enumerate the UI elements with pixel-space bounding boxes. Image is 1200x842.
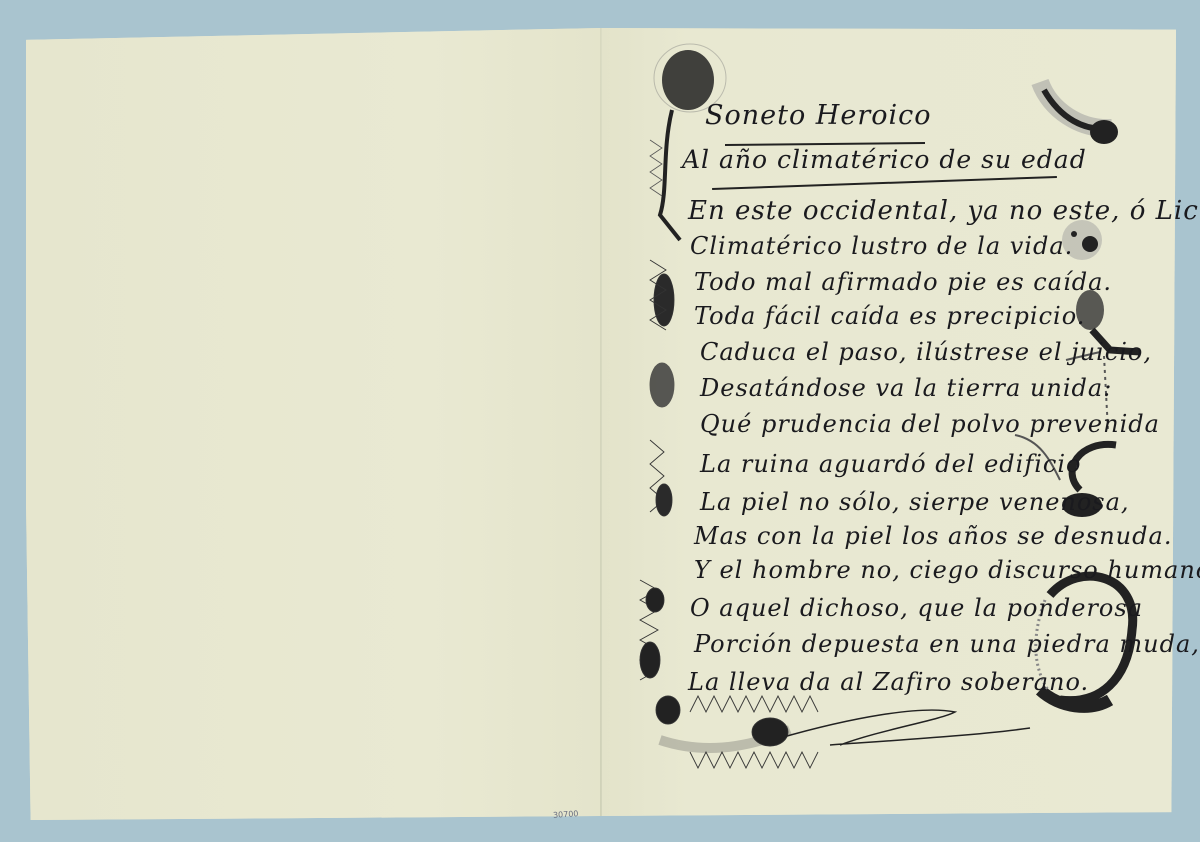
- verse-line: Climatérico lustro de la vida.: [690, 232, 1073, 260]
- verse-line: La lleva da al Zafiro soberano.: [688, 668, 1089, 696]
- verse-line: Toda fácil caída es precipicio.: [694, 302, 1085, 330]
- verse-line: Mas con la piel los años se desnuda.: [694, 522, 1172, 550]
- verse-line: Y el hombre no, ciego discurso humano.: [694, 556, 1200, 584]
- verse-line: La ruina aguardó del edificio: [700, 450, 1081, 478]
- verse-line: Porción depuesta en una piedra muda,: [694, 630, 1200, 658]
- verse-line: Caduca el paso, ilústrese el juicio,: [700, 338, 1152, 366]
- pencil-inventory-number: 30700: [553, 809, 579, 820]
- verse-line: O aquel dichoso, que la ponderosa: [690, 594, 1143, 622]
- verse-line: En este occidental, ya no este, ó Licio,: [688, 196, 1200, 226]
- verse-line: Desatándose va la tierra unida:: [700, 374, 1112, 402]
- verse-line: La piel no sólo, sierpe venenosa,: [700, 488, 1130, 516]
- verse-line: Qué prudencia del polvo prevenida: [700, 410, 1160, 438]
- verse-line: Todo mal afirmado pie es caída.: [694, 268, 1112, 296]
- poem-subtitle: Al año climatérico de su edad: [682, 145, 1087, 174]
- left-page-blank: [26, 28, 601, 820]
- poem-title: Soneto Heroico: [705, 100, 932, 131]
